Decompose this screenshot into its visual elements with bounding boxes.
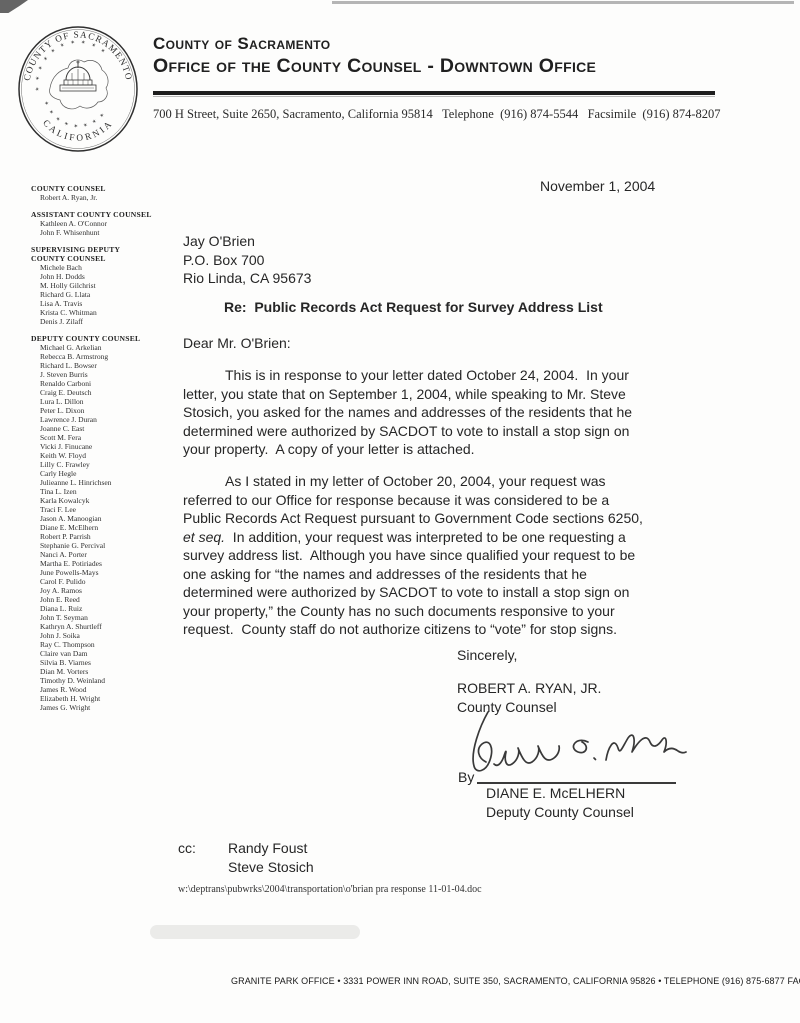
letterhead-divider: [153, 91, 715, 95]
re-subject-line: Re: Public Records Act Request for Surve…: [224, 298, 603, 317]
staff-directory: COUNTY COUNSEL Robert A. Ryan, Jr. ASSIS…: [31, 184, 176, 720]
org-name-line1: County of Sacramento: [153, 33, 596, 54]
staff-section-heading: ASSISTANT COUNTY COUNSEL: [31, 210, 176, 219]
staff-section-heading: DEPUTY COUNTY COUNSEL: [31, 334, 176, 343]
staff-section: ASSISTANT COUNTY COUNSEL Kathleen A. O'C…: [31, 210, 176, 237]
scanned-letter-page: COUNTY OF SACRAMENTO CALIFORNIA ✶ ✶ ✶ ✶ …: [0, 0, 800, 1023]
paragraph-2-part2: In addition, your request was interprete…: [183, 529, 635, 638]
paragraph-2-latin-phrase: et seq.: [183, 529, 225, 545]
cc-block: cc: Randy Foust Steve Stosich: [178, 839, 314, 876]
staff-section-members: Michele Bach John H. Dodds M. Holly Gilc…: [31, 263, 176, 326]
org-name-line2: Office of the County Counsel - Downtown …: [153, 54, 596, 78]
letterhead-address: 700 H Street, Suite 2650, Sacramento, Ca…: [153, 107, 721, 122]
staff-section-members: Michael G. Arkelian Rebecca B. Armstrong…: [31, 343, 176, 712]
letterhead: County of Sacramento Office of the Count…: [153, 33, 596, 79]
scan-artifact: [150, 925, 360, 939]
staff-section: SUPERVISING DEPUTY COUNTY COUNSEL Michel…: [31, 245, 176, 326]
paragraph-2: As I stated in my letter of October 20, …: [183, 472, 703, 639]
cc-names: Randy Foust Steve Stosich: [228, 839, 314, 876]
staff-section-heading: SUPERVISING DEPUTY COUNTY COUNSEL: [31, 245, 176, 263]
cc-label: cc:: [178, 839, 228, 876]
staff-section: COUNTY COUNSEL Robert A. Ryan, Jr.: [31, 184, 176, 202]
paragraph-2-part1: As I stated in my letter of October 20, …: [183, 473, 643, 526]
staff-section: DEPUTY COUNTY COUNSEL Michael G. Arkelia…: [31, 334, 176, 712]
closing: Sincerely,: [457, 646, 517, 665]
by-label: By: [458, 768, 474, 787]
recipient-address: Jay O'Brien P.O. Box 700 Rio Linda, CA 9…: [183, 232, 311, 288]
seal-bottom-text: CALIFORNIA: [41, 118, 115, 143]
letter-date: November 1, 2004: [540, 177, 655, 196]
paragraph-1: This is in response to your letter dated…: [183, 366, 703, 459]
footer-office-line: GRANITE PARK OFFICE • 3331 POWER INN ROA…: [231, 976, 800, 986]
staff-section-members: Kathleen A. O'Connor John F. Whisenhunt: [31, 219, 176, 237]
staff-section-members: Robert A. Ryan, Jr.: [31, 193, 176, 202]
staff-section-heading: COUNTY COUNSEL: [31, 184, 176, 193]
deputy-signer-block: DIANE E. McELHERN Deputy County Counsel: [486, 784, 634, 821]
salutation: Dear Mr. O'Brien:: [183, 334, 291, 353]
county-seal-icon: COUNTY OF SACRAMENTO CALIFORNIA ✶ ✶ ✶ ✶ …: [16, 24, 140, 154]
scan-artifact: [0, 0, 28, 13]
document-file-path: w:\deptrans\pubwrks\2004\transportation\…: [178, 884, 482, 895]
svg-text:CALIFORNIA: CALIFORNIA: [41, 118, 115, 143]
signature: [448, 706, 688, 790]
scan-artifact: [332, 1, 794, 4]
